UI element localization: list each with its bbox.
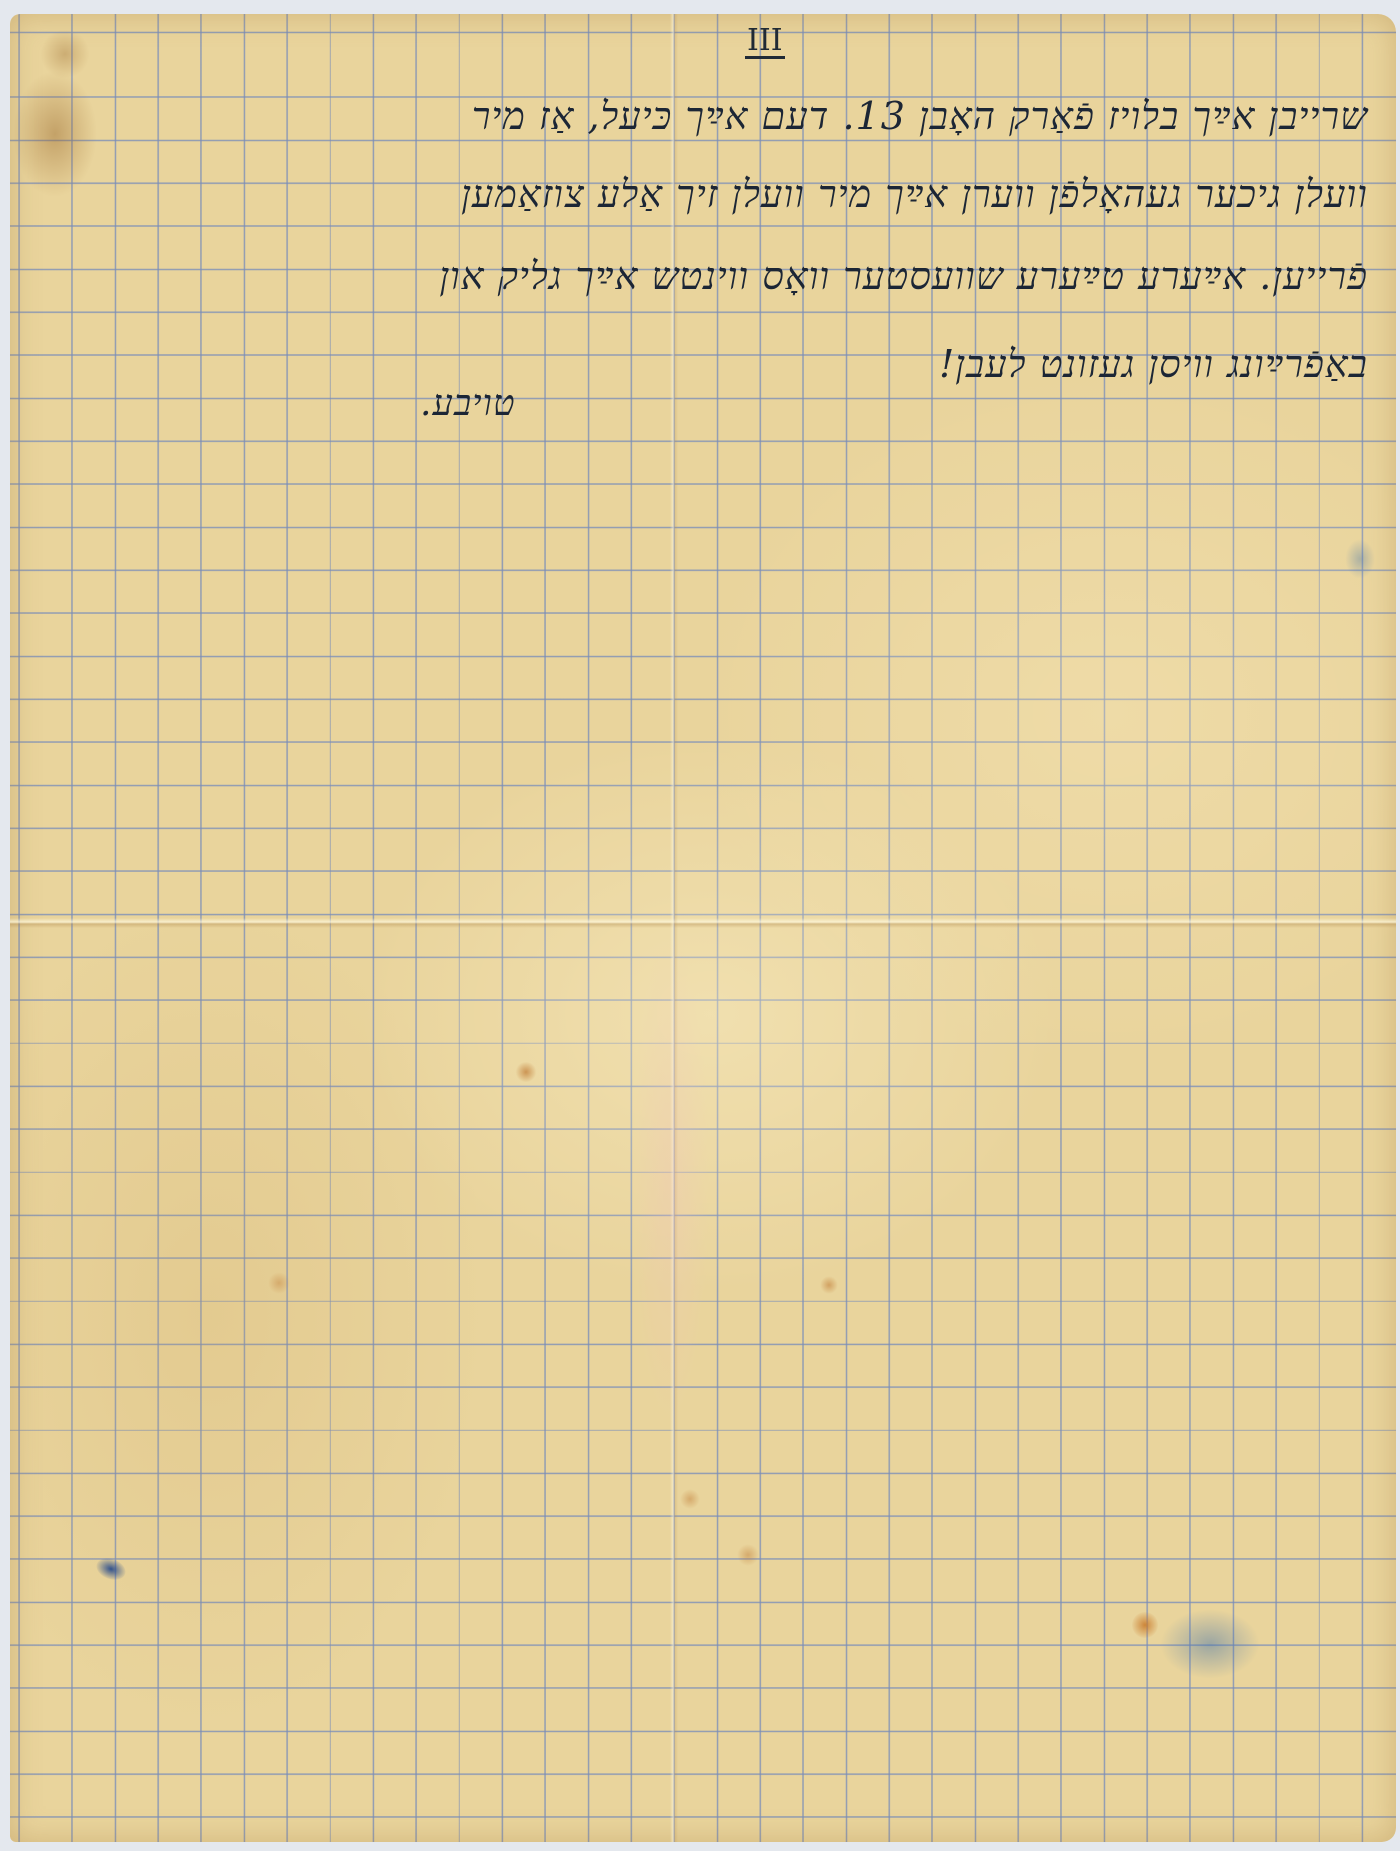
blue-ink-smudge — [1345, 539, 1375, 579]
letter-line-3: פֿרייען. אײַערע טײַערע שוועסטער וואָס וו… — [439, 254, 1368, 299]
rust-stain — [268, 1272, 290, 1294]
page-number: III — [745, 26, 785, 59]
rust-stain — [737, 1544, 759, 1566]
horizontal-fold-crease — [10, 918, 1396, 928]
letter-line-2: וועלן גיכער געהאָלפֿן ווערן אײַך מיר ווע… — [461, 172, 1368, 217]
graph-paper-sheet: III שרייבן אײַך בלויז פֿאַרק האָבן 13. ד… — [10, 14, 1396, 1842]
signature: טויבע. — [420, 382, 516, 424]
pink-discoloration — [630, 934, 710, 1434]
rust-stain — [1132, 1612, 1158, 1638]
rust-stain — [820, 1276, 838, 1294]
letter-line-4: באַפֿרײַונג וויסן געזונט לעבן! — [939, 342, 1368, 387]
blue-ink-smudge — [1160, 1609, 1260, 1679]
rust-stain — [680, 1489, 700, 1509]
blue-ink-blot — [93, 1554, 128, 1583]
letter-line-1: שרייבן אײַך בלויז פֿאַרק האָבן 13. דעם א… — [472, 94, 1368, 139]
rust-stain — [515, 1062, 537, 1082]
